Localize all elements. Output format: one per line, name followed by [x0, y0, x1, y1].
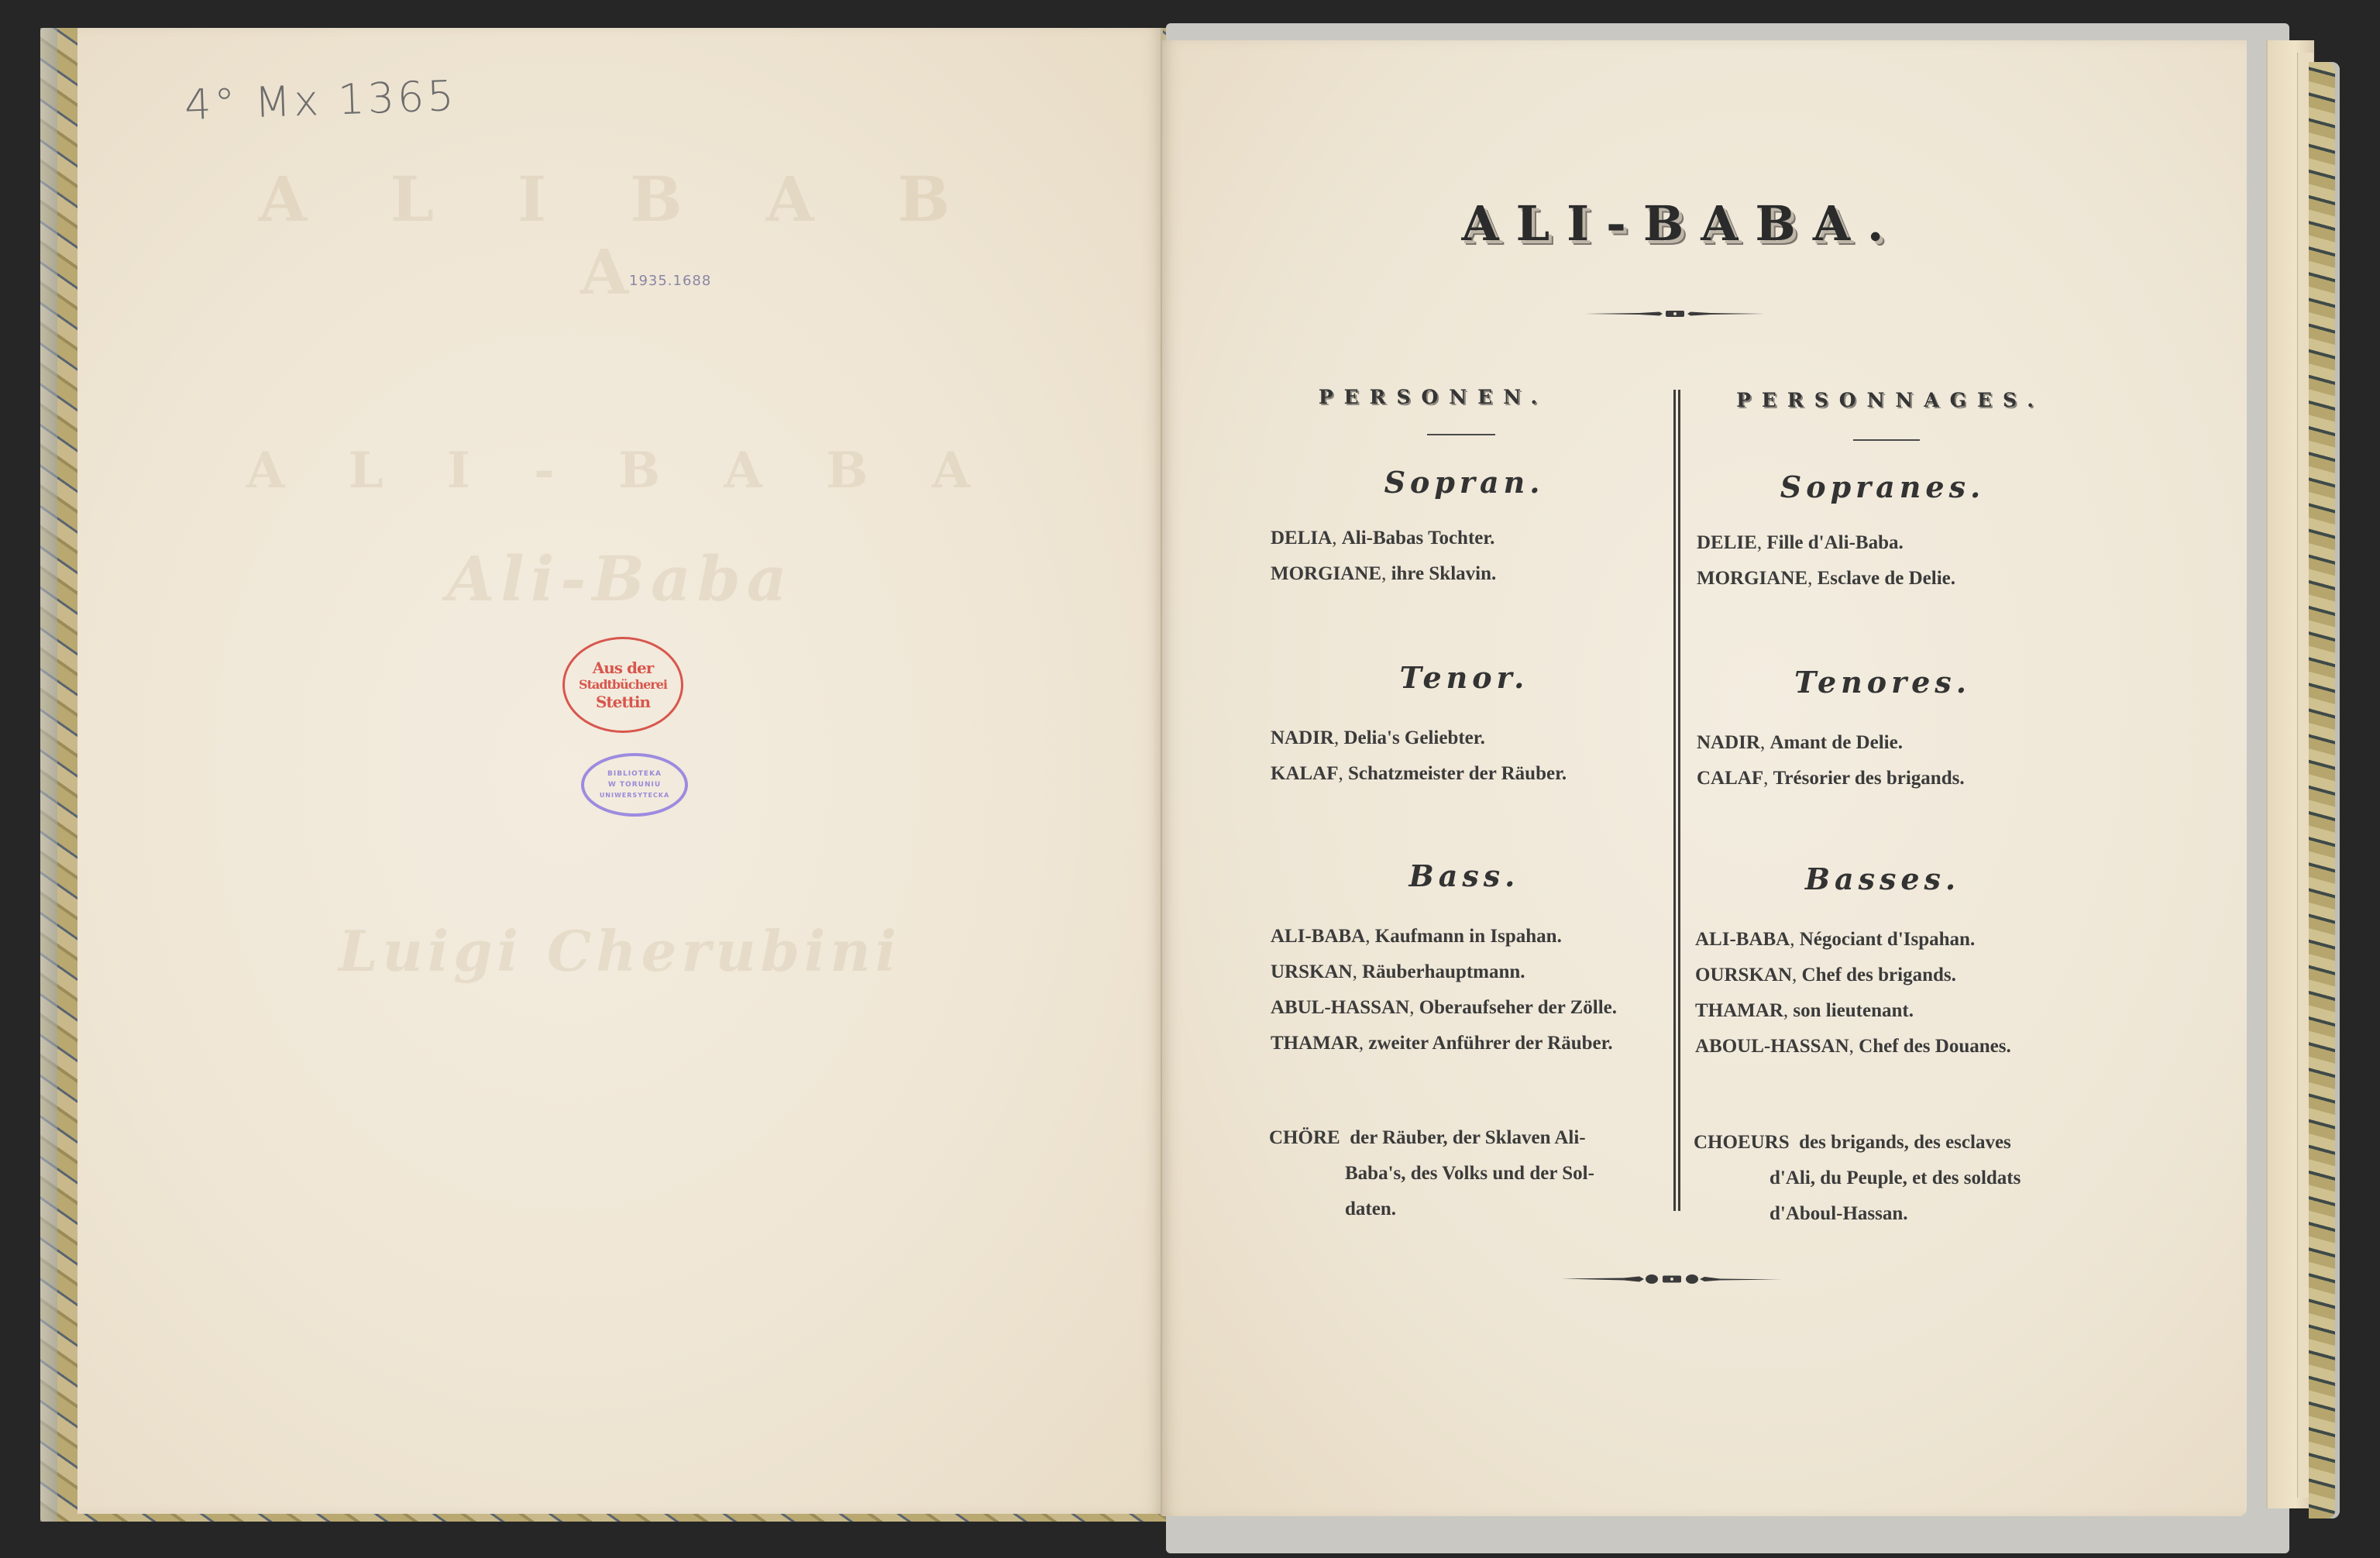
voice-heading: Sopranes.: [1720, 469, 2045, 504]
show-through-title: A L I B A B A: [232, 163, 1007, 308]
role-list: DELIA, Ali-Babas Tochter. MORGIANE, ihre…: [1271, 521, 1496, 592]
role-list: ALI-BABA, Kaufmann in Ispahan. URSKAN, R…: [1271, 919, 1617, 1061]
stamp-line: Aus der: [565, 659, 681, 676]
role-entry: ABUL-HASSAN, Oberaufseher der Zölle.: [1271, 990, 1617, 1026]
library-stamp-violet: BIBLIOTEKA W TORUNIU UNIWERSYTECKA: [581, 753, 688, 817]
marbled-cover-right-edge: [2309, 62, 2340, 1518]
voice-heading: Tenores.: [1720, 665, 2045, 700]
chorus-line: des brigands, des esclaves: [1799, 1132, 2011, 1153]
role-name: NADIR: [1271, 727, 1334, 748]
ornament-divider-icon: [1562, 1274, 1782, 1285]
pencil-shelfmark: 4° Mx 1365: [184, 71, 458, 129]
role-entry: DELIE, Fille d'Ali-Baba.: [1697, 525, 1955, 561]
role-name: KALAF: [1271, 763, 1339, 784]
role-desc: Chef des brigands.: [1802, 965, 1956, 985]
role-name: ABOUL-HASSAN: [1695, 1036, 1849, 1057]
role-name: URSKAN: [1271, 961, 1353, 982]
role-name: ABUL-HASSAN: [1271, 997, 1409, 1018]
role-entry: CALAF, Trésorier des brigands.: [1697, 761, 1965, 796]
role-list: ALI-BABA, Négociant d'Ispahan. OURSKAN, …: [1695, 922, 2011, 1064]
role-entry: OURSKAN, Chef des brigands.: [1695, 958, 2011, 993]
role-entry: KALAF, Schatzmeister der Räuber.: [1271, 756, 1567, 792]
chorus-name: CHÖRE: [1269, 1127, 1340, 1148]
role-entry: ALI-BABA, Kaufmann in Ispahan.: [1271, 919, 1617, 954]
role-desc: zweiter Anführer der Räuber.: [1368, 1033, 1612, 1054]
role-entry: THAMAR, son lieutenant.: [1695, 993, 2011, 1029]
library-stamp-red: Aus der Stadtbücherei Stettin: [562, 637, 683, 733]
role-name: ALI-BABA: [1271, 926, 1365, 947]
chorus-line: daten.: [1269, 1192, 1650, 1227]
role-desc: Esclave de Delie.: [1818, 568, 1955, 589]
show-through-line: A L I - B A B A: [232, 442, 1007, 500]
role-list: DELIE, Fille d'Ali-Baba. MORGIANE, Escla…: [1697, 525, 1955, 597]
role-entry: MORGIANE, Esclave de Delie.: [1697, 561, 1955, 597]
accession-number: 1935.1688: [629, 273, 711, 289]
role-desc: Räuberhauptmann.: [1362, 961, 1525, 982]
role-name: CALAF: [1697, 768, 1763, 789]
ornament-divider-icon: [1585, 308, 1765, 319]
voice-heading: Basses.: [1720, 862, 2045, 896]
show-through-line: Ali-Baba: [232, 542, 1007, 615]
stamp-line: UNIWERSYTECKA: [584, 790, 685, 801]
role-entry: MORGIANE, ihre Sklavin.: [1271, 556, 1496, 592]
column-divider: [1673, 390, 1680, 1211]
role-name: THAMAR: [1695, 1000, 1783, 1021]
role-desc: Amant de Delie.: [1770, 732, 1903, 753]
chorus-line: Baba's, des Volks und der Sol-: [1269, 1156, 1650, 1192]
role-name: OURSKAN: [1695, 965, 1792, 985]
role-list: NADIR, Delia's Geliebter. KALAF, Schatzm…: [1271, 721, 1567, 792]
role-entry: NADIR, Delia's Geliebter.: [1271, 721, 1567, 756]
role-desc: son lieutenant.: [1793, 1000, 1914, 1021]
role-name: DELIE: [1697, 532, 1757, 553]
heading-rule: [1427, 434, 1495, 435]
role-desc: Kaufmann in Ispahan.: [1375, 926, 1562, 947]
role-desc: Delia's Geliebter.: [1343, 727, 1484, 748]
role-name: MORGIANE: [1271, 563, 1381, 584]
role-desc: Fille d'Ali-Baba.: [1766, 532, 1903, 553]
page-title: ALI-BABA.: [1162, 195, 2200, 252]
role-name: NADIR: [1697, 732, 1760, 753]
role-entry: ALI-BABA, Négociant d'Ispahan.: [1695, 922, 2011, 958]
voice-heading: Tenor.: [1302, 660, 1627, 695]
voice-heading: Sopran.: [1302, 465, 1627, 500]
role-desc: Chef des Douanes.: [1859, 1036, 2011, 1057]
role-entry: THAMAR, zweiter Anführer der Räuber.: [1271, 1026, 1617, 1061]
stamp-line: W TORUNIU: [584, 779, 685, 790]
role-name: MORGIANE: [1697, 568, 1807, 589]
column-heading-german: PERSONEN.: [1278, 386, 1588, 408]
role-name: THAMAR: [1271, 1033, 1359, 1054]
role-list: NADIR, Amant de Delie. CALAF, Trésorier …: [1697, 725, 1965, 796]
role-entry: NADIR, Amant de Delie.: [1697, 725, 1965, 761]
role-desc: Schatzmeister der Räuber.: [1348, 763, 1567, 784]
role-desc: ihre Sklavin.: [1391, 563, 1497, 584]
role-desc: Oberaufseher der Zölle.: [1419, 997, 1617, 1018]
column-heading-french: PERSONNAGES.: [1681, 389, 2100, 411]
stamp-line: BIBLIOTEKA: [584, 769, 685, 779]
role-entry: ABOUL-HASSAN, Chef des Douanes.: [1695, 1029, 2011, 1064]
chorus-name: CHOEURS: [1694, 1132, 1790, 1153]
role-desc: Négociant d'Ispahan.: [1800, 929, 1975, 950]
role-desc: Trésorier des brigands.: [1773, 768, 1965, 789]
cover-fray-left: [40, 28, 57, 1522]
role-entry: URSKAN, Räuberhauptmann.: [1271, 954, 1617, 990]
heading-rule: [1853, 439, 1920, 441]
role-entry: DELIA, Ali-Babas Tochter.: [1271, 521, 1496, 556]
chorus-line: der Räuber, der Sklaven Ali-: [1350, 1127, 1585, 1148]
role-name: DELIA: [1271, 528, 1332, 549]
show-through-line: Luigi Cherubini: [232, 918, 1007, 984]
chorus-line: d'Aboul-Hassan.: [1694, 1196, 2075, 1232]
chorus-entry: CHOEURS des brigands, des esclaves d'Ali…: [1694, 1125, 2075, 1232]
stamp-line: Stettin: [565, 693, 681, 710]
role-name: ALI-BABA: [1695, 929, 1790, 950]
stamp-line: Stadtbücherei: [565, 676, 681, 693]
chorus-entry: CHÖRE der Räuber, der Sklaven Ali- Baba'…: [1269, 1120, 1650, 1227]
voice-heading: Bass.: [1302, 858, 1627, 893]
chorus-line: d'Ali, du Peuple, et des soldats: [1694, 1161, 2075, 1196]
role-desc: Ali-Babas Tochter.: [1342, 528, 1495, 549]
